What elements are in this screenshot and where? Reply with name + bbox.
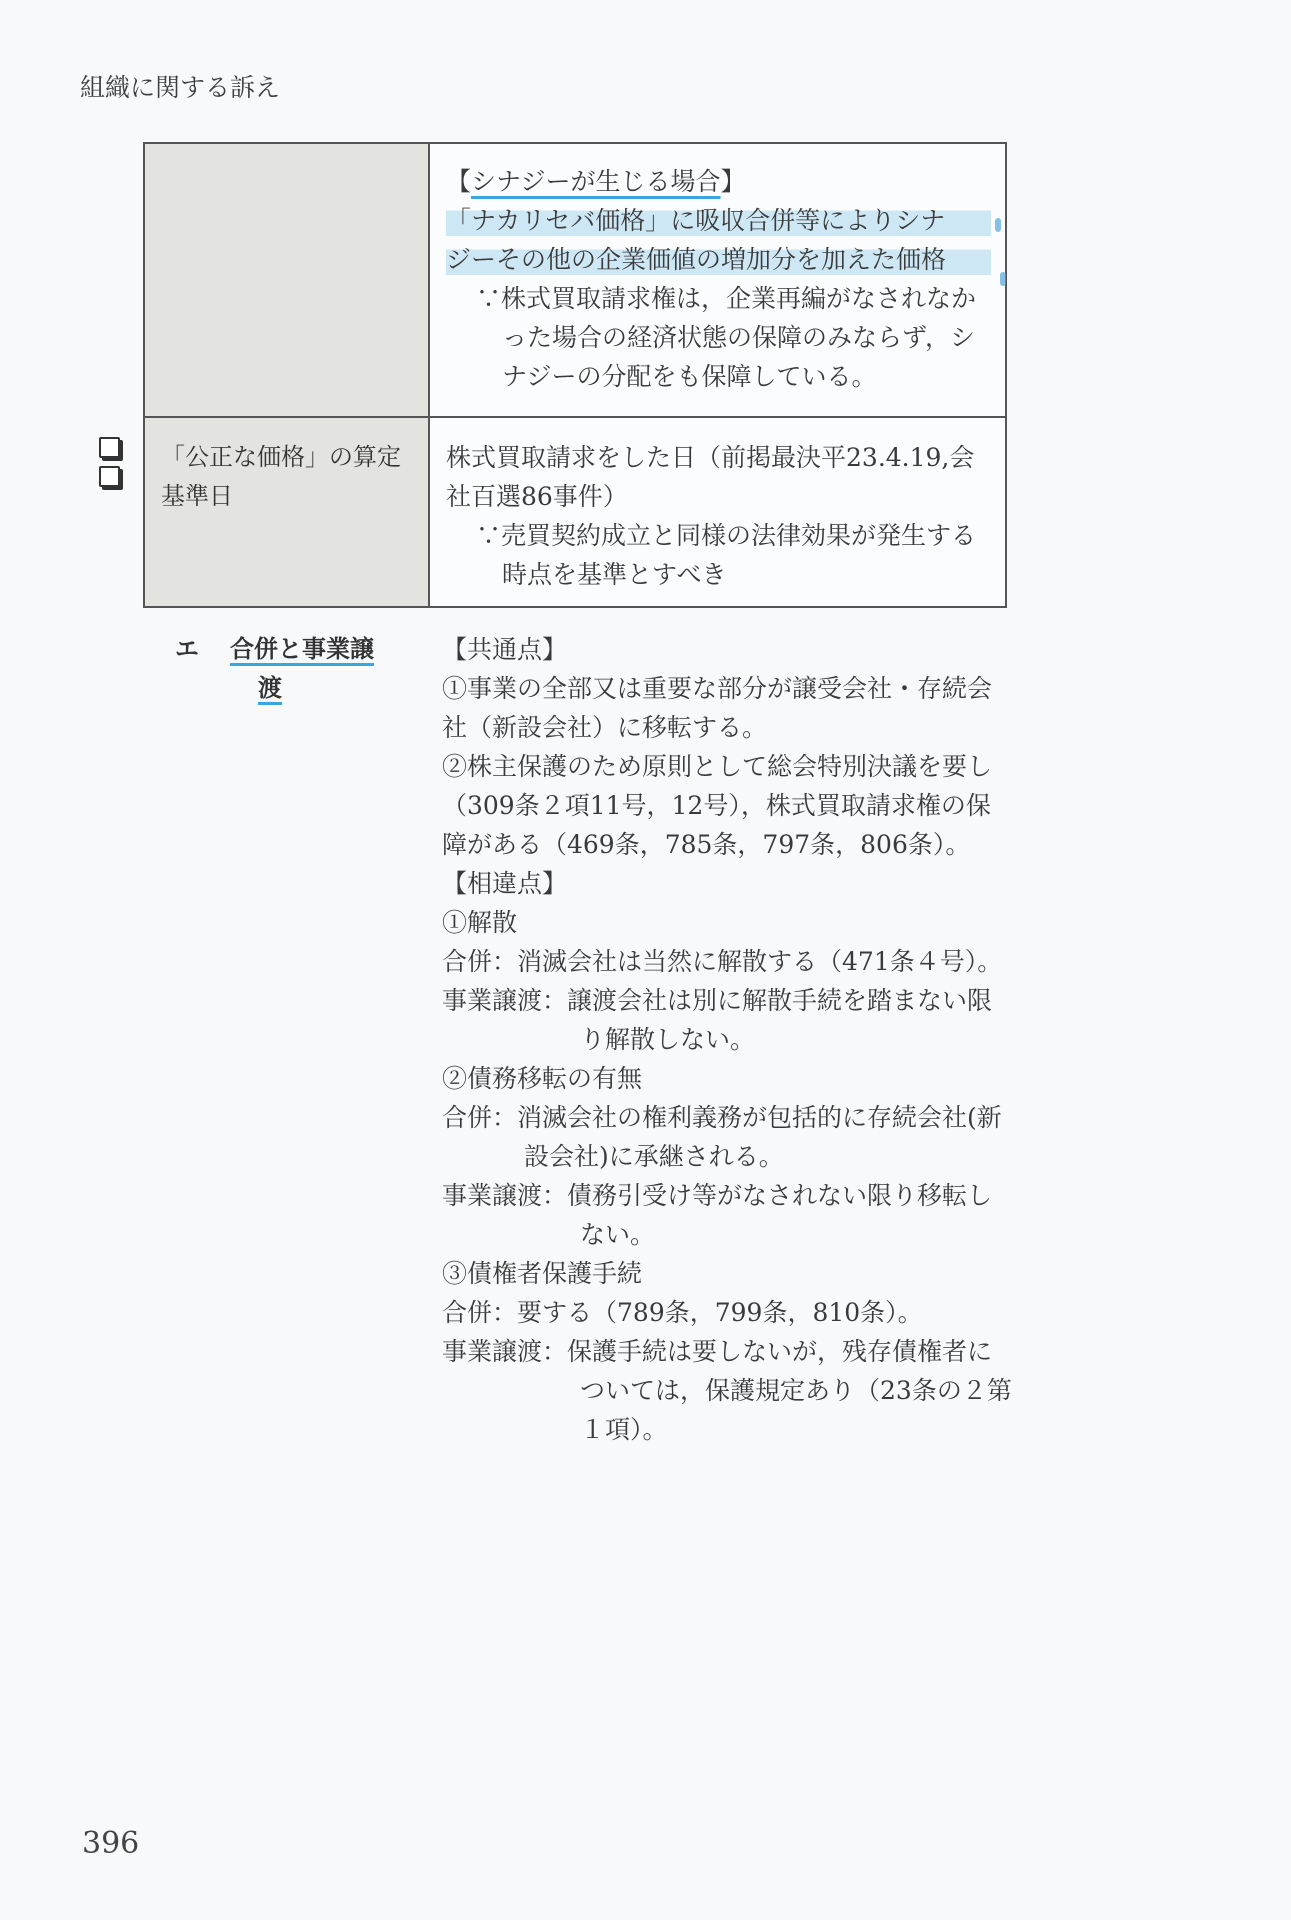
merger-text: 消滅会社は当然に解散する（471条４号）。 <box>517 947 1002 976</box>
base-date-label: 「公正な価格」の算定基準日 <box>145 418 428 526</box>
common-heading: 【共通点】 <box>442 630 1012 669</box>
section-title-line-2: 渡 <box>258 674 282 702</box>
diff-group-3-title: ③債権者保護手続 <box>442 1254 1012 1293</box>
synergy-reason: ∵株式買取請求権は，企業再編がなされなかった場合の経済状態の保障のみならず，シナ… <box>446 279 991 396</box>
table-label-cell-base-date: 「公正な価格」の算定基準日 <box>144 417 429 607</box>
diff-group-1-merger: 合併：消滅会社は当然に解散する（471条４号）。 <box>442 942 1012 981</box>
synergy-definition-line-2: ジーその他の企業価値の増加分を加えた価格 <box>446 240 991 279</box>
common-item-2: ②株主保護のため原則として総会特別決議を要し（309条２項11号，12号），株式… <box>442 747 1012 864</box>
review-checkbox-2[interactable] <box>99 466 120 487</box>
transfer-label: 事業譲渡： <box>442 1181 567 1210</box>
section-content: 【共通点】 ①事業の全部又は重要な部分が譲受会社・存続会社（新設会社）に移転する… <box>442 630 1012 1449</box>
transfer-label: 事業譲渡： <box>442 1337 567 1366</box>
diff-group-3-merger: 合併：要する（789条，799条，810条）。 <box>442 1293 1012 1332</box>
table-label-cell-empty <box>144 143 429 417</box>
merger-label: 合併： <box>442 1298 517 1327</box>
merger-text: 消滅会社の権利義務が包括的に存続会社(新設会社)に承継される。 <box>517 1103 1002 1171</box>
running-head: 組織に関する訴え <box>80 68 280 104</box>
merger-label: 合併： <box>442 1103 517 1132</box>
transfer-label: 事業譲渡： <box>442 986 567 1015</box>
base-date-body: 株式買取請求をした日（前掲最決平23.4.19,会社百選86事件） <box>446 438 991 516</box>
transfer-text: 債務引受け等がなされない限り移転しない。 <box>567 1181 992 1249</box>
section-title: 合併と事業譲 渡 <box>230 630 420 708</box>
section-marker: エ <box>175 630 199 669</box>
review-checkboxes <box>99 437 120 487</box>
diff-group-2-transfer: 事業譲渡：債務引受け等がなされない限り移転しない。 <box>442 1176 1012 1254</box>
review-checkbox-1[interactable] <box>99 437 120 458</box>
diff-group-1-transfer: 事業譲渡：譲渡会社は別に解散手続を踏まない限り解散しない。 <box>442 981 1012 1059</box>
merger-label: 合併： <box>442 947 517 976</box>
common-item-1: ①事業の全部又は重要な部分が譲受会社・存続会社（新設会社）に移転する。 <box>442 669 1012 747</box>
diff-group-2-merger: 合併：消滅会社の権利義務が包括的に存続会社(新設会社)に承継される。 <box>442 1098 1012 1176</box>
diff-group-1-title: ①解散 <box>442 903 1012 942</box>
transfer-text: 譲渡会社は別に解散手続を踏まない限り解散しない。 <box>567 986 992 1054</box>
synergy-heading: 【シナジーが生じる場合】 <box>446 162 991 201</box>
table-row-synergy: 【シナジーが生じる場合】 「ナカリセバ価格」に吸収合併等によりシナ ジーその他の… <box>144 143 1006 417</box>
section-title-line-1: 合併と事業譲 <box>230 635 374 663</box>
highlight-mark <box>1000 272 1006 286</box>
synergy-definition-line-1: 「ナカリセバ価格」に吸収合併等によりシナ <box>446 201 991 240</box>
merger-text: 要する（789条，799条，810条）。 <box>517 1298 923 1327</box>
diff-group-2-title: ②債務移転の有無 <box>442 1059 1012 1098</box>
table-body-cell-synergy: 【シナジーが生じる場合】 「ナカリセバ価格」に吸収合併等によりシナ ジーその他の… <box>429 143 1006 417</box>
fair-price-table: 【シナジーが生じる場合】 「ナカリセバ価格」に吸収合併等によりシナ ジーその他の… <box>143 142 1007 608</box>
highlight-mark <box>995 218 1001 232</box>
table-row-base-date: 「公正な価格」の算定基準日 株式買取請求をした日（前掲最決平23.4.19,会社… <box>144 417 1006 607</box>
diff-heading: 【相違点】 <box>442 864 1012 903</box>
diff-group-3-transfer: 事業譲渡：保護手続は要しないが，残存債権者については，保護規定あり（23条の２第… <box>442 1332 1012 1449</box>
page-number: 396 <box>82 1826 139 1861</box>
table-body-cell-base-date: 株式買取請求をした日（前掲最決平23.4.19,会社百選86事件） ∵売買契約成… <box>429 417 1006 607</box>
synergy-heading-text: シナジーが生じる場合 <box>471 167 721 196</box>
base-date-reason: ∵売買契約成立と同様の法律効果が発生する時点を基準とすべき <box>446 516 991 594</box>
transfer-text: 保護手続は要しないが，残存債権者については，保護規定あり（23条の２第１項）。 <box>567 1337 1012 1444</box>
